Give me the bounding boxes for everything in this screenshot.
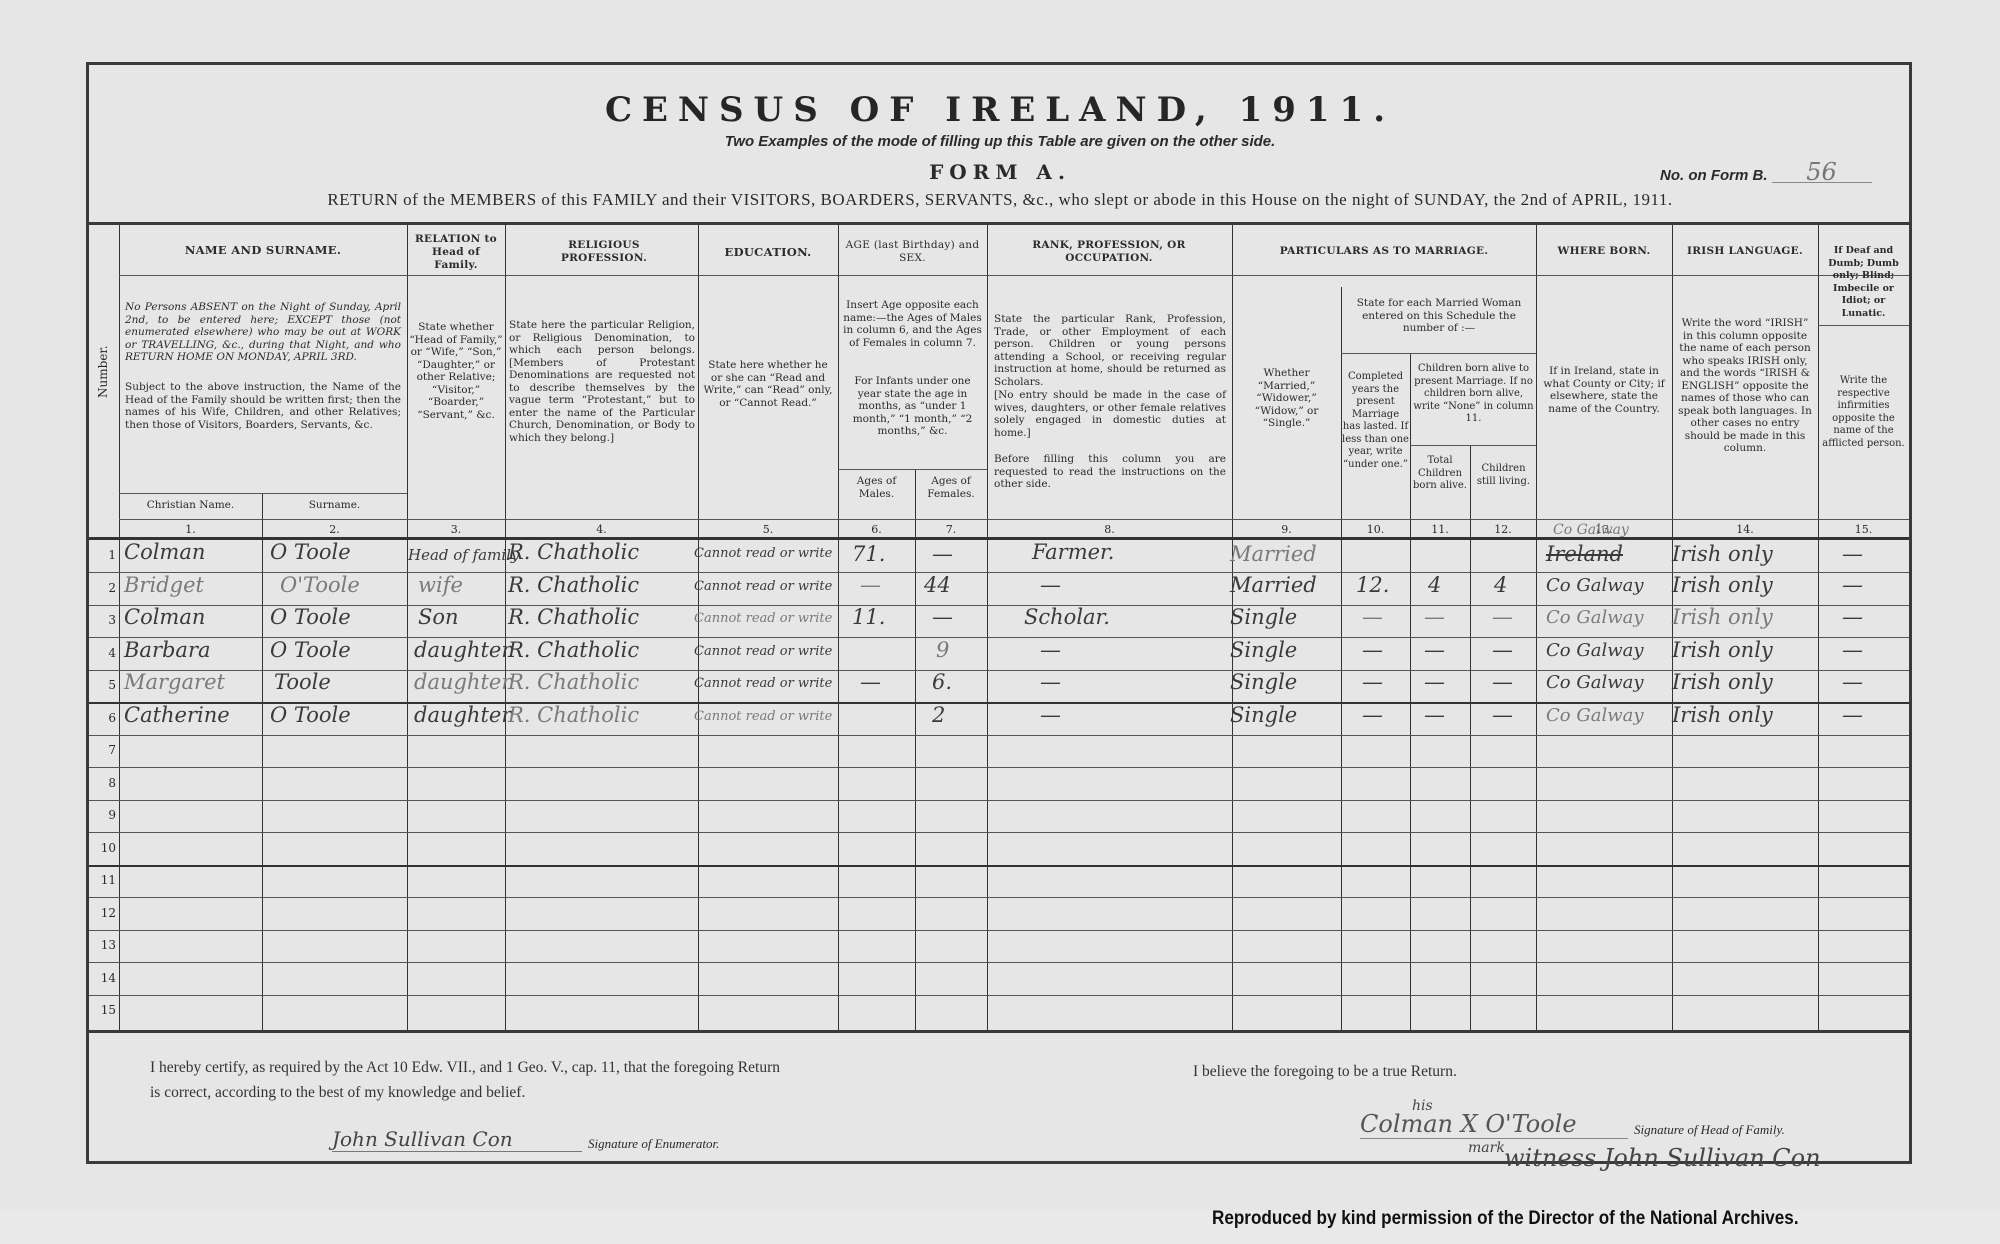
header-name: NAME AND SURNAME. <box>119 243 407 257</box>
marriage-completed-years: Completed years the present Marriage has… <box>1342 371 1409 471</box>
header-age: AGE (last Birthday) and SEX. <box>840 239 985 265</box>
total-children-label: Total Children born alive. <box>1411 455 1469 493</box>
education: Cannot read or write <box>694 676 832 691</box>
col-number-15: 15. <box>1818 523 1909 536</box>
relation-instruction: State whether “Head of Family,” or “Wife… <box>409 321 503 421</box>
marital-status: Single <box>1230 670 1297 694</box>
children-born: 4 <box>1428 573 1441 597</box>
row-line <box>89 735 1909 736</box>
form-title: CENSUS OF IRELAND, 1911. <box>0 90 2000 130</box>
number-column-label: Number. <box>96 345 110 398</box>
irish-language: Irish only <box>1672 542 1773 566</box>
christian-name: Margaret <box>124 670 225 694</box>
religion: R. Chatholic <box>508 573 639 597</box>
education: Cannot read or write <box>694 644 832 659</box>
head-declaration: I believe the foregoing to be a true Ret… <box>1193 1063 1457 1081</box>
row-number: 7 <box>92 743 116 757</box>
relation: daughter <box>414 638 511 662</box>
infirmity: — <box>1842 703 1863 727</box>
col-divider <box>915 469 916 1030</box>
education: Cannot read or write <box>694 579 832 594</box>
education: Cannot read or write <box>694 709 832 724</box>
col-number-8: 8. <box>987 523 1232 536</box>
irish-language: Irish only <box>1672 638 1773 662</box>
row-number: 1 <box>92 548 116 562</box>
marital-status: Married <box>1230 573 1317 597</box>
row-number: 9 <box>92 808 116 822</box>
occupation: — <box>1040 703 1061 727</box>
row-number: 4 <box>92 646 116 660</box>
occupation: Farmer. <box>1032 540 1114 564</box>
irish-language-instruction: Write the word “IRISH” in this column op… <box>1677 317 1813 455</box>
col-number-6: 6. <box>838 523 915 536</box>
age-female: 2 <box>932 703 945 727</box>
row-line <box>89 832 1909 833</box>
religion: R. Chatholic <box>508 670 639 694</box>
occupation: — <box>1040 638 1061 662</box>
header-divider <box>119 275 1909 276</box>
col-divider <box>262 493 263 1030</box>
row-line <box>89 637 1909 638</box>
surname: O'Toole <box>280 573 360 597</box>
surname: Toole <box>274 670 331 694</box>
irish-language: Irish only <box>1672 670 1773 694</box>
row-line <box>89 800 1909 801</box>
surname-label: Surname. <box>262 499 407 512</box>
mark-annotation: mark <box>1468 1140 1505 1156</box>
where-born: Co Galway <box>1546 575 1644 596</box>
christian-name: Colman <box>124 605 205 629</box>
header-relation: RELATION to Head of Family. <box>409 233 503 272</box>
christian-name: Colman <box>124 540 205 564</box>
header-divider <box>119 519 1909 520</box>
religion: R. Chatholic <box>508 540 639 564</box>
children-living-label: Children still living. <box>1471 463 1536 488</box>
age-male: — <box>860 573 881 597</box>
row-number: 10 <box>92 841 116 855</box>
marriage-years: 12. <box>1356 573 1389 597</box>
row-line <box>89 930 1909 931</box>
row-line <box>89 572 1909 573</box>
infirmity: — <box>1842 573 1863 597</box>
christian-name-label: Christian Name. <box>119 499 262 512</box>
irish-language: Irish only <box>1672 703 1773 727</box>
row-number: 3 <box>92 613 116 627</box>
infirmity: — <box>1842 542 1863 566</box>
archives-credit: Reproduced by kind permission of the Dir… <box>1212 1208 1799 1230</box>
header-divider <box>1818 325 1909 326</box>
surname: O Toole <box>270 703 351 727</box>
col-number-9: 9. <box>1232 523 1341 536</box>
where-born-instruction: If in Ireland, state in what County or C… <box>1541 365 1667 415</box>
col-number-14: 14. <box>1672 523 1818 536</box>
age-instruction-2: For Infants under one year state the age… <box>841 375 984 438</box>
census-form-page: CENSUS OF IRELAND, 1911. Two Examples of… <box>0 0 2000 1210</box>
row-number: 8 <box>92 776 116 790</box>
children-born: — <box>1424 703 1445 727</box>
col-divider <box>987 225 988 1030</box>
relation: Head of family <box>408 546 519 564</box>
age-instruction-1: Insert Age opposite each name:—the Ages … <box>841 299 984 349</box>
occupation: Scholar. <box>1024 605 1110 629</box>
header-infirmities: If Deaf and Dumb; Dumb only; Blind; Imbe… <box>1820 245 1907 320</box>
infirmities-instruction: Write the respective infirmities opposit… <box>1820 375 1907 450</box>
children-living: — <box>1492 605 1513 629</box>
marriage-years: — <box>1362 605 1383 629</box>
row-number: 14 <box>92 971 116 985</box>
header-occupation: RANK, PROFESSION, OR OCCUPATION. <box>1019 239 1199 265</box>
header-irish-language: IRISH LANGUAGE. <box>1672 245 1818 257</box>
where-born: Co Galway <box>1553 522 1629 538</box>
age-female: — <box>932 605 953 629</box>
col-number-3: 3. <box>407 523 505 536</box>
marital-status: Single <box>1230 638 1297 662</box>
age-male: — <box>860 670 881 694</box>
irish-language: Irish only <box>1672 573 1773 597</box>
row-line <box>89 702 1909 704</box>
infirmity: — <box>1842 670 1863 694</box>
header-divider <box>119 493 407 494</box>
where-born: Co Galway <box>1546 672 1644 693</box>
religion: R. Chatholic <box>508 703 639 727</box>
name-instruction-2: Subject to the above instruction, the Na… <box>125 381 401 431</box>
marital-status: Single <box>1230 605 1297 629</box>
children-living: — <box>1492 670 1513 694</box>
header-divider <box>838 469 987 470</box>
row-line <box>89 995 1909 996</box>
header-divider <box>1410 445 1536 446</box>
col-divider <box>407 225 408 1030</box>
col-divider <box>119 225 120 1030</box>
row-number: 13 <box>92 938 116 952</box>
marriage-whether: Whether “Married,” “Widower,” “Widow,” o… <box>1235 367 1338 430</box>
occupation: — <box>1040 573 1061 597</box>
witness-signature: witness John Sullivan Con <box>1504 1144 1821 1172</box>
head-of-family-signature: Colman X O'Toole <box>1360 1110 1628 1139</box>
relation: Son <box>418 605 459 629</box>
ages-males-label: Ages of Males. <box>838 475 915 500</box>
col-number-11: 11. <box>1410 523 1470 536</box>
surname: O Toole <box>270 638 351 662</box>
christian-name: Barbara <box>124 638 211 662</box>
children-born: — <box>1424 605 1445 629</box>
religion-instruction: State here the particular Religion, or R… <box>509 319 695 444</box>
occupation-instruction-3: Before filling this column you are reque… <box>994 453 1226 491</box>
occupation-instruction-1: State the particular Rank, Profession, T… <box>994 313 1226 388</box>
children-living: — <box>1492 703 1513 727</box>
relation: wife <box>418 573 463 597</box>
children-living: 4 <box>1494 573 1507 597</box>
children-living: — <box>1492 638 1513 662</box>
row-number: 6 <box>92 711 116 725</box>
children-born: — <box>1424 670 1445 694</box>
education: Cannot read or write <box>694 546 832 561</box>
age-male: 71. <box>852 542 885 566</box>
ages-females-label: Ages of Females. <box>915 475 987 500</box>
row-number: 2 <box>92 581 116 595</box>
row-number: 11 <box>92 873 116 887</box>
marriage-years: — <box>1362 670 1383 694</box>
col-divider <box>1536 225 1537 1030</box>
enumerator-signature-label: Signature of Enumerator. <box>588 1136 719 1152</box>
col-divider <box>698 225 699 1030</box>
age-female: — <box>932 542 953 566</box>
surname: O Toole <box>270 605 351 629</box>
form-b-number: No. on Form B.56 <box>1660 162 1872 184</box>
age-male: 11. <box>852 605 885 629</box>
col-divider <box>838 225 839 1030</box>
age-female: 6. <box>932 670 952 694</box>
col-number-2: 2. <box>262 523 407 536</box>
marital-status: Married <box>1230 542 1317 566</box>
marital-status: Single <box>1230 703 1297 727</box>
where-born: Co Galway <box>1546 640 1644 661</box>
education: Cannot read or write <box>694 611 832 626</box>
enumerator-signature: John Sullivan Con <box>332 1127 582 1152</box>
row-number: 12 <box>92 906 116 920</box>
marriage-state-for: State for each Married Woman entered on … <box>1345 297 1533 335</box>
row-line <box>89 962 1909 963</box>
col-divider <box>505 225 506 1030</box>
name-instruction-1: No Persons ABSENT on the Night of Sunday… <box>125 301 401 364</box>
row-line <box>89 767 1909 768</box>
where-born-struck: Ireland <box>1546 542 1623 566</box>
relation: daughter <box>414 703 511 727</box>
religion: R. Chatholic <box>508 638 639 662</box>
marriage-years: — <box>1362 638 1383 662</box>
education-instruction: State here whether he or she can “Read a… <box>703 359 833 409</box>
children-born: — <box>1424 638 1445 662</box>
occupation-instruction-2: [No entry should be made in the case of … <box>994 389 1226 439</box>
col-number-12: 12. <box>1470 523 1536 536</box>
row-line <box>89 897 1909 898</box>
form-b-label: No. on Form B. <box>1660 167 1768 184</box>
infirmity: — <box>1842 638 1863 662</box>
age-female: 44 <box>924 573 951 597</box>
col-number-5: 5. <box>698 523 838 536</box>
col-number-7: 7. <box>915 523 987 536</box>
header-divider <box>1341 353 1536 354</box>
christian-name: Bridget <box>124 573 204 597</box>
col-number-1: 1. <box>119 523 262 536</box>
surname: O Toole <box>270 540 351 564</box>
irish-language: Irish only <box>1672 605 1773 629</box>
where-born: Co Galway <box>1546 607 1644 628</box>
header-marriage: PARTICULARS AS TO MARRIAGE. <box>1232 245 1536 257</box>
marriage-years: — <box>1362 703 1383 727</box>
christian-name: Catherine <box>124 703 230 727</box>
col-divider <box>1818 225 1819 1030</box>
row-number: 15 <box>92 1003 116 1017</box>
header-religion: RELIGIOUS PROFESSION. <box>549 239 659 265</box>
age-female: 9 <box>936 638 949 662</box>
row-line <box>89 605 1909 606</box>
form-subtitle: Two Examples of the mode of filling up t… <box>0 133 2000 150</box>
form-b-value: 56 <box>1772 162 1872 183</box>
religion: R. Chatholic <box>508 605 639 629</box>
row-line <box>89 865 1909 867</box>
enumerator-certification: I hereby certify, as required by the Act… <box>150 1055 780 1105</box>
where-born: Co Galway <box>1546 705 1644 726</box>
header-where-born: WHERE BORN. <box>1536 245 1672 257</box>
row-line <box>89 670 1909 671</box>
occupation: — <box>1040 670 1061 694</box>
header-bottom <box>89 537 1909 540</box>
relation: daughter <box>414 670 511 694</box>
head-of-family-signature-label: Signature of Head of Family. <box>1634 1122 1785 1138</box>
header-education: EDUCATION. <box>698 245 838 259</box>
return-description: RETURN of the MEMBERS of this FAMILY and… <box>0 190 2000 210</box>
infirmity: — <box>1842 605 1863 629</box>
col-number-4: 4. <box>505 523 698 536</box>
row-number: 5 <box>92 678 116 692</box>
col-number-10: 10. <box>1341 523 1410 536</box>
marriage-children-born: Children born alive to present Marriage.… <box>1412 363 1535 426</box>
